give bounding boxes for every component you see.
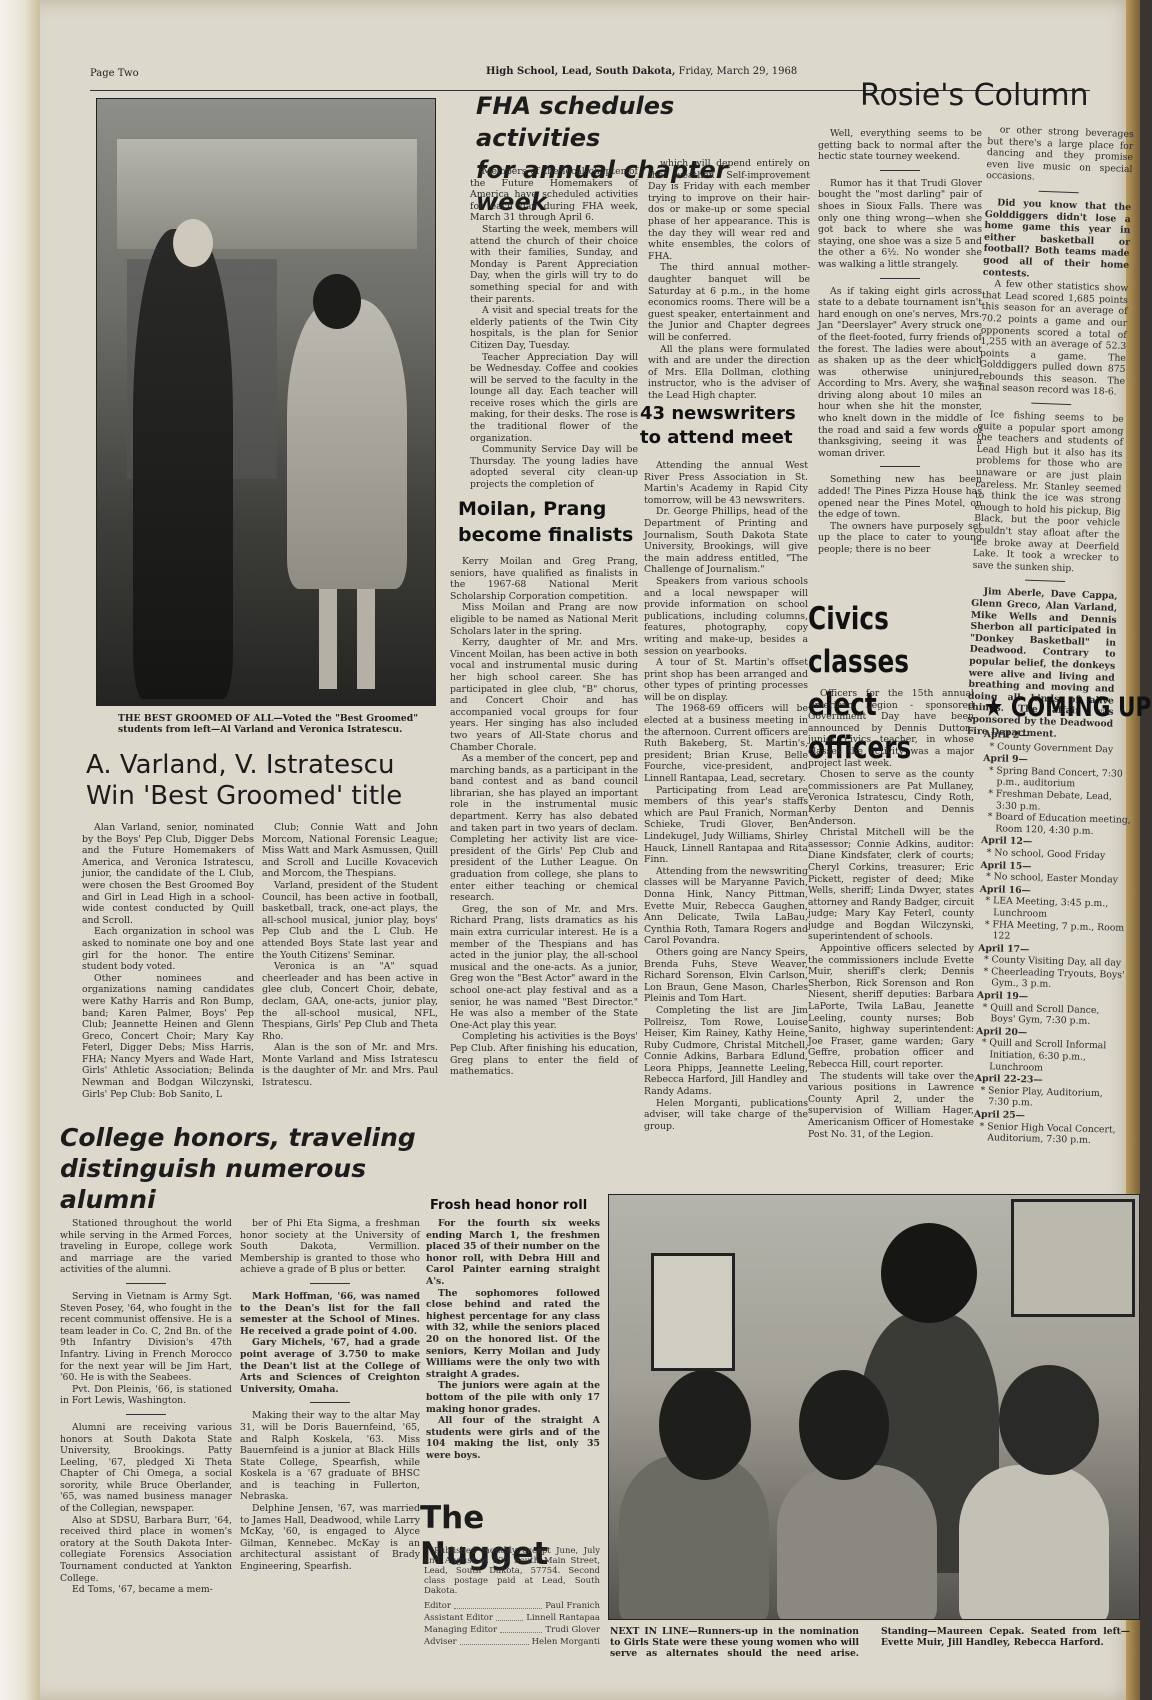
paragraph: The sophomores followed close behind and… — [426, 1288, 600, 1381]
issue-date: Friday, March 29, 1968 — [679, 66, 798, 77]
section-divider — [880, 466, 920, 467]
section-divider — [310, 1283, 350, 1284]
paragraph: For the fourth six weeks ending March 1,… — [426, 1218, 600, 1288]
paragraph: Members of the local chapter of the Futu… — [470, 166, 638, 224]
paragraph: Others going are Nancy Speirs, Brenda Fu… — [644, 947, 808, 1005]
paragraph: The juniors were again at the bottom of … — [426, 1380, 600, 1415]
paragraph: Also at SDSU, Barbara Burr, '64, receive… — [60, 1515, 232, 1585]
paragraph: Helen Morganti, publications adviser, wi… — [644, 1098, 808, 1133]
staff-row: Assistant EditorLinnell Rantapaa — [424, 1612, 600, 1624]
section-divider — [126, 1283, 166, 1284]
paragraph: Officers for the 15th annual American Le… — [808, 688, 974, 769]
paragraph: Gary Michels, '67, had a grade point ave… — [240, 1337, 420, 1395]
paragraph: All the plans were formulated with and a… — [648, 344, 810, 402]
section-divider — [1031, 403, 1071, 405]
nugget-published: Published monthly except June, July and … — [424, 1546, 600, 1596]
paragraph: The owners have purposely set up the pla… — [818, 521, 982, 556]
calendar-event: * Quill and Scroll Informal Initiation, … — [975, 1037, 1126, 1076]
paragraph: ber of Phi Eta Sigma, a freshman honor s… — [240, 1218, 420, 1276]
staff-row: AdviserHelen Morganti — [424, 1636, 600, 1648]
calendar-event: * Quill and Scroll Dance, Boys' Gym, 7:3… — [976, 1002, 1127, 1029]
paragraph: Appointive officers selected by the comm… — [808, 943, 974, 1071]
paragraph: Participating from Lead are members of t… — [644, 785, 808, 866]
paragraph: The students will take over the various … — [808, 1071, 974, 1141]
staff-name: Paul Franich — [545, 1600, 600, 1612]
paragraph: Alan Varland, senior, nominated by the B… — [82, 822, 254, 926]
leader-dots — [454, 1600, 542, 1609]
fha-col2: which will depend entirely on the weathe… — [648, 158, 810, 401]
staff-name: Linnell Rantapaa — [526, 1612, 600, 1624]
leader-dots — [500, 1624, 542, 1633]
paragraph: Delphine Jensen, '67, was married to Jam… — [240, 1503, 420, 1573]
section-divider — [880, 278, 920, 279]
paragraph: Starting the week, members will attend t… — [470, 224, 638, 305]
alumni-col1: Stationed throughout the world while ser… — [60, 1218, 232, 1596]
paragraph: Ice fishing seems to be quite a popular … — [972, 409, 1124, 576]
paragraph: Club; Connie Watt and John Morcom, Natio… — [262, 822, 438, 880]
paragraph: Something new has been added! The Pines … — [818, 474, 982, 520]
staff-name: Helen Morganti — [532, 1636, 600, 1648]
paragraph: or other strong beverages but there's a … — [986, 124, 1134, 187]
paragraph: Mark Hoffman, '66, was named to the Dean… — [240, 1291, 420, 1337]
paragraph: Kerry Moilan and Greg Prang, seniors, ha… — [450, 556, 638, 602]
paragraph: Greg, the son of Mr. and Mrs. Richard Pr… — [450, 904, 638, 1032]
paragraph: Well, everything seems to be getting bac… — [818, 128, 982, 163]
paragraph: Miss Moilan and Prang are now eligible t… — [450, 602, 638, 637]
section-divider — [126, 1414, 166, 1415]
newswriters-body: Attending the annual West River Press As… — [644, 460, 808, 1132]
section-divider — [310, 1402, 350, 1403]
calendar-event: * Board of Education meeting, Room 120, … — [981, 811, 1132, 838]
seated-woman-2 — [777, 1465, 937, 1620]
staff-role: Adviser — [424, 1636, 457, 1648]
best-groomed-caption: THE BEST GROOMED OF ALL—Voted the "Best … — [118, 713, 418, 735]
paragraph: Completing the list are Jim Pollreisz, T… — [644, 1005, 808, 1098]
paragraph: The 1968-69 officers will be elected at … — [644, 703, 808, 784]
alumni-col2: ber of Phi Eta Sigma, a freshman honor s… — [240, 1218, 420, 1573]
paragraph: Rumor has it that Trudi Glover bought th… — [818, 178, 982, 271]
staff-row: EditorPaul Franich — [424, 1600, 600, 1612]
paragraph: Other nominees and organizations naming … — [82, 973, 254, 1101]
leader-dots — [460, 1636, 529, 1645]
paragraph: Veronica is an "A" squad cheerleader and… — [262, 961, 438, 1042]
nugget-info: Published monthly except June, July and … — [424, 1546, 600, 1648]
civics-body: Officers for the 15th annual American Le… — [808, 688, 974, 1140]
honor-roll-body: For the fourth six weeks ending March 1,… — [426, 1218, 600, 1461]
paragraph: Making their way to the altar May 31, wi… — [240, 1410, 420, 1503]
seated-woman-3 — [959, 1465, 1109, 1620]
paragraph: Completing his activities is the Boys' P… — [450, 1031, 638, 1077]
section-divider — [1025, 580, 1065, 582]
framed-horse-picture — [1011, 1199, 1135, 1317]
paragraph: As a member of the concert, pep and marc… — [450, 753, 638, 904]
student-girl-figure — [287, 299, 407, 589]
next-in-line-photo — [608, 1194, 1140, 1620]
rosies-col1: Well, everything seems to be getting bac… — [818, 128, 982, 556]
leader-dots — [496, 1612, 523, 1621]
paragraph: As if taking eight girls across state to… — [818, 286, 982, 460]
coming-up-headline: ★ COMING UP — [984, 692, 1151, 723]
finalists-headline: Moilan, Prang become finalists — [458, 496, 638, 548]
section-divider — [1039, 191, 1079, 193]
calendar-event: * FHA Meeting, 7 p.m., Room 122 — [978, 918, 1129, 945]
calendar-event: * Cheerleading Tryouts, Boys' Gym., 3 p.… — [977, 966, 1128, 993]
paragraph: Attending the annual West River Press As… — [644, 460, 808, 506]
staff-name: Trudi Glover — [545, 1624, 600, 1636]
binder-margin — [0, 0, 40, 1700]
alumni-headline: College honors, traveling distinguish nu… — [60, 1122, 440, 1215]
paragraph: A visit and special treats for the elder… — [470, 305, 638, 351]
paragraph: A few other statistics show that Lead sc… — [979, 278, 1129, 399]
paragraph: Stationed throughout the world while ser… — [60, 1218, 232, 1276]
paragraph: Each organization in school was asked to… — [82, 926, 254, 972]
calendar-event: * LEA Meeting, 3:45 p.m., Lunchroom — [979, 895, 1130, 922]
paragraph: Ed Toms, '67, became a mem- — [60, 1584, 232, 1596]
paragraph: Christal Mitchell will be the assessor; … — [808, 827, 974, 943]
fha-col1: Members of the local chapter of the Futu… — [470, 166, 638, 491]
paragraph: The third annual mother-daughter banquet… — [648, 262, 810, 343]
staff-role: Managing Editor — [424, 1624, 497, 1636]
paragraph: Community Service Day will be Thursday. … — [470, 444, 638, 490]
framed-certificate — [651, 1253, 735, 1371]
dateline: High School, Lead, South Dakota, Friday,… — [486, 66, 797, 77]
rosies-column-headline: Rosie's Column — [860, 78, 1110, 113]
staff-row: Managing EditorTrudi Glover — [424, 1624, 600, 1636]
student-boy-figure — [133, 229, 233, 699]
section-divider — [880, 170, 920, 171]
best-groomed-headline: A. Varland, V. Istratescu Win 'Best Groo… — [86, 750, 436, 812]
paragraph: Pvt. Don Pleinis, '66, is stationed in F… — [60, 1384, 232, 1407]
paragraph: Dr. George Phillips, head of the Departm… — [644, 506, 808, 576]
paragraph: Varland, president of the Student Counci… — [262, 880, 438, 961]
paragraph: All four of the straight A students were… — [426, 1415, 600, 1461]
calendar-event: * Senior High Vocal Concert, Auditorium,… — [973, 1120, 1124, 1147]
paragraph: Attending from the newswriting classes w… — [644, 866, 808, 947]
paragraph: Kerry, daughter of Mr. and Mrs. Vincent … — [450, 637, 638, 753]
paragraph: Alan is the son of Mr. and Mrs. Monte Va… — [262, 1042, 438, 1088]
best-groomed-col2: Club; Connie Watt and John Morcom, Natio… — [262, 822, 438, 1089]
paragraph: Did you know that the Golddiggers didn't… — [983, 197, 1132, 283]
next-in-line-caption: NEXT IN LINE—Runners-up in the nominatio… — [610, 1626, 1130, 1659]
star-icon: ★ — [984, 692, 1003, 723]
paragraph: Speakers from various schools and a loca… — [644, 576, 808, 657]
paragraph: which will depend entirely on the weathe… — [648, 158, 810, 262]
paragraph: Teacher Appreciation Day will be Wednesd… — [470, 352, 638, 445]
rosies-col2: or other strong beverages but there's a … — [967, 124, 1134, 742]
best-groomed-col1: Alan Varland, senior, nominated by the B… — [82, 822, 254, 1100]
newswriters-headline: 43 newswriters to attend meet — [640, 402, 810, 450]
coming-up-calendar: April 2—* County Government DayApril 9—*… — [973, 728, 1134, 1148]
paragraph: Chosen to serve as the county commission… — [808, 769, 974, 827]
honor-roll-headline: Frosh head honor roll — [430, 1198, 610, 1213]
paragraph: Alumni are receiving various honors at S… — [60, 1422, 232, 1515]
finalists-body: Kerry Moilan and Greg Prang, seniors, ha… — [450, 556, 638, 1078]
staff-role: Editor — [424, 1600, 451, 1612]
staff-role: Assistant Editor — [424, 1612, 493, 1624]
paragraph: A tour of St. Martin's offset print shop… — [644, 657, 808, 703]
calendar-event: * Senior Play, Auditorium, 7:30 p.m. — [974, 1085, 1125, 1112]
paragraph: Serving in Vietnam is Army Sgt. Steven P… — [60, 1291, 232, 1384]
publication-name: High School, Lead, South Dakota, — [486, 66, 675, 77]
seated-woman-1 — [619, 1455, 769, 1620]
page-number: Page Two — [90, 68, 139, 79]
best-groomed-photo — [96, 98, 436, 706]
